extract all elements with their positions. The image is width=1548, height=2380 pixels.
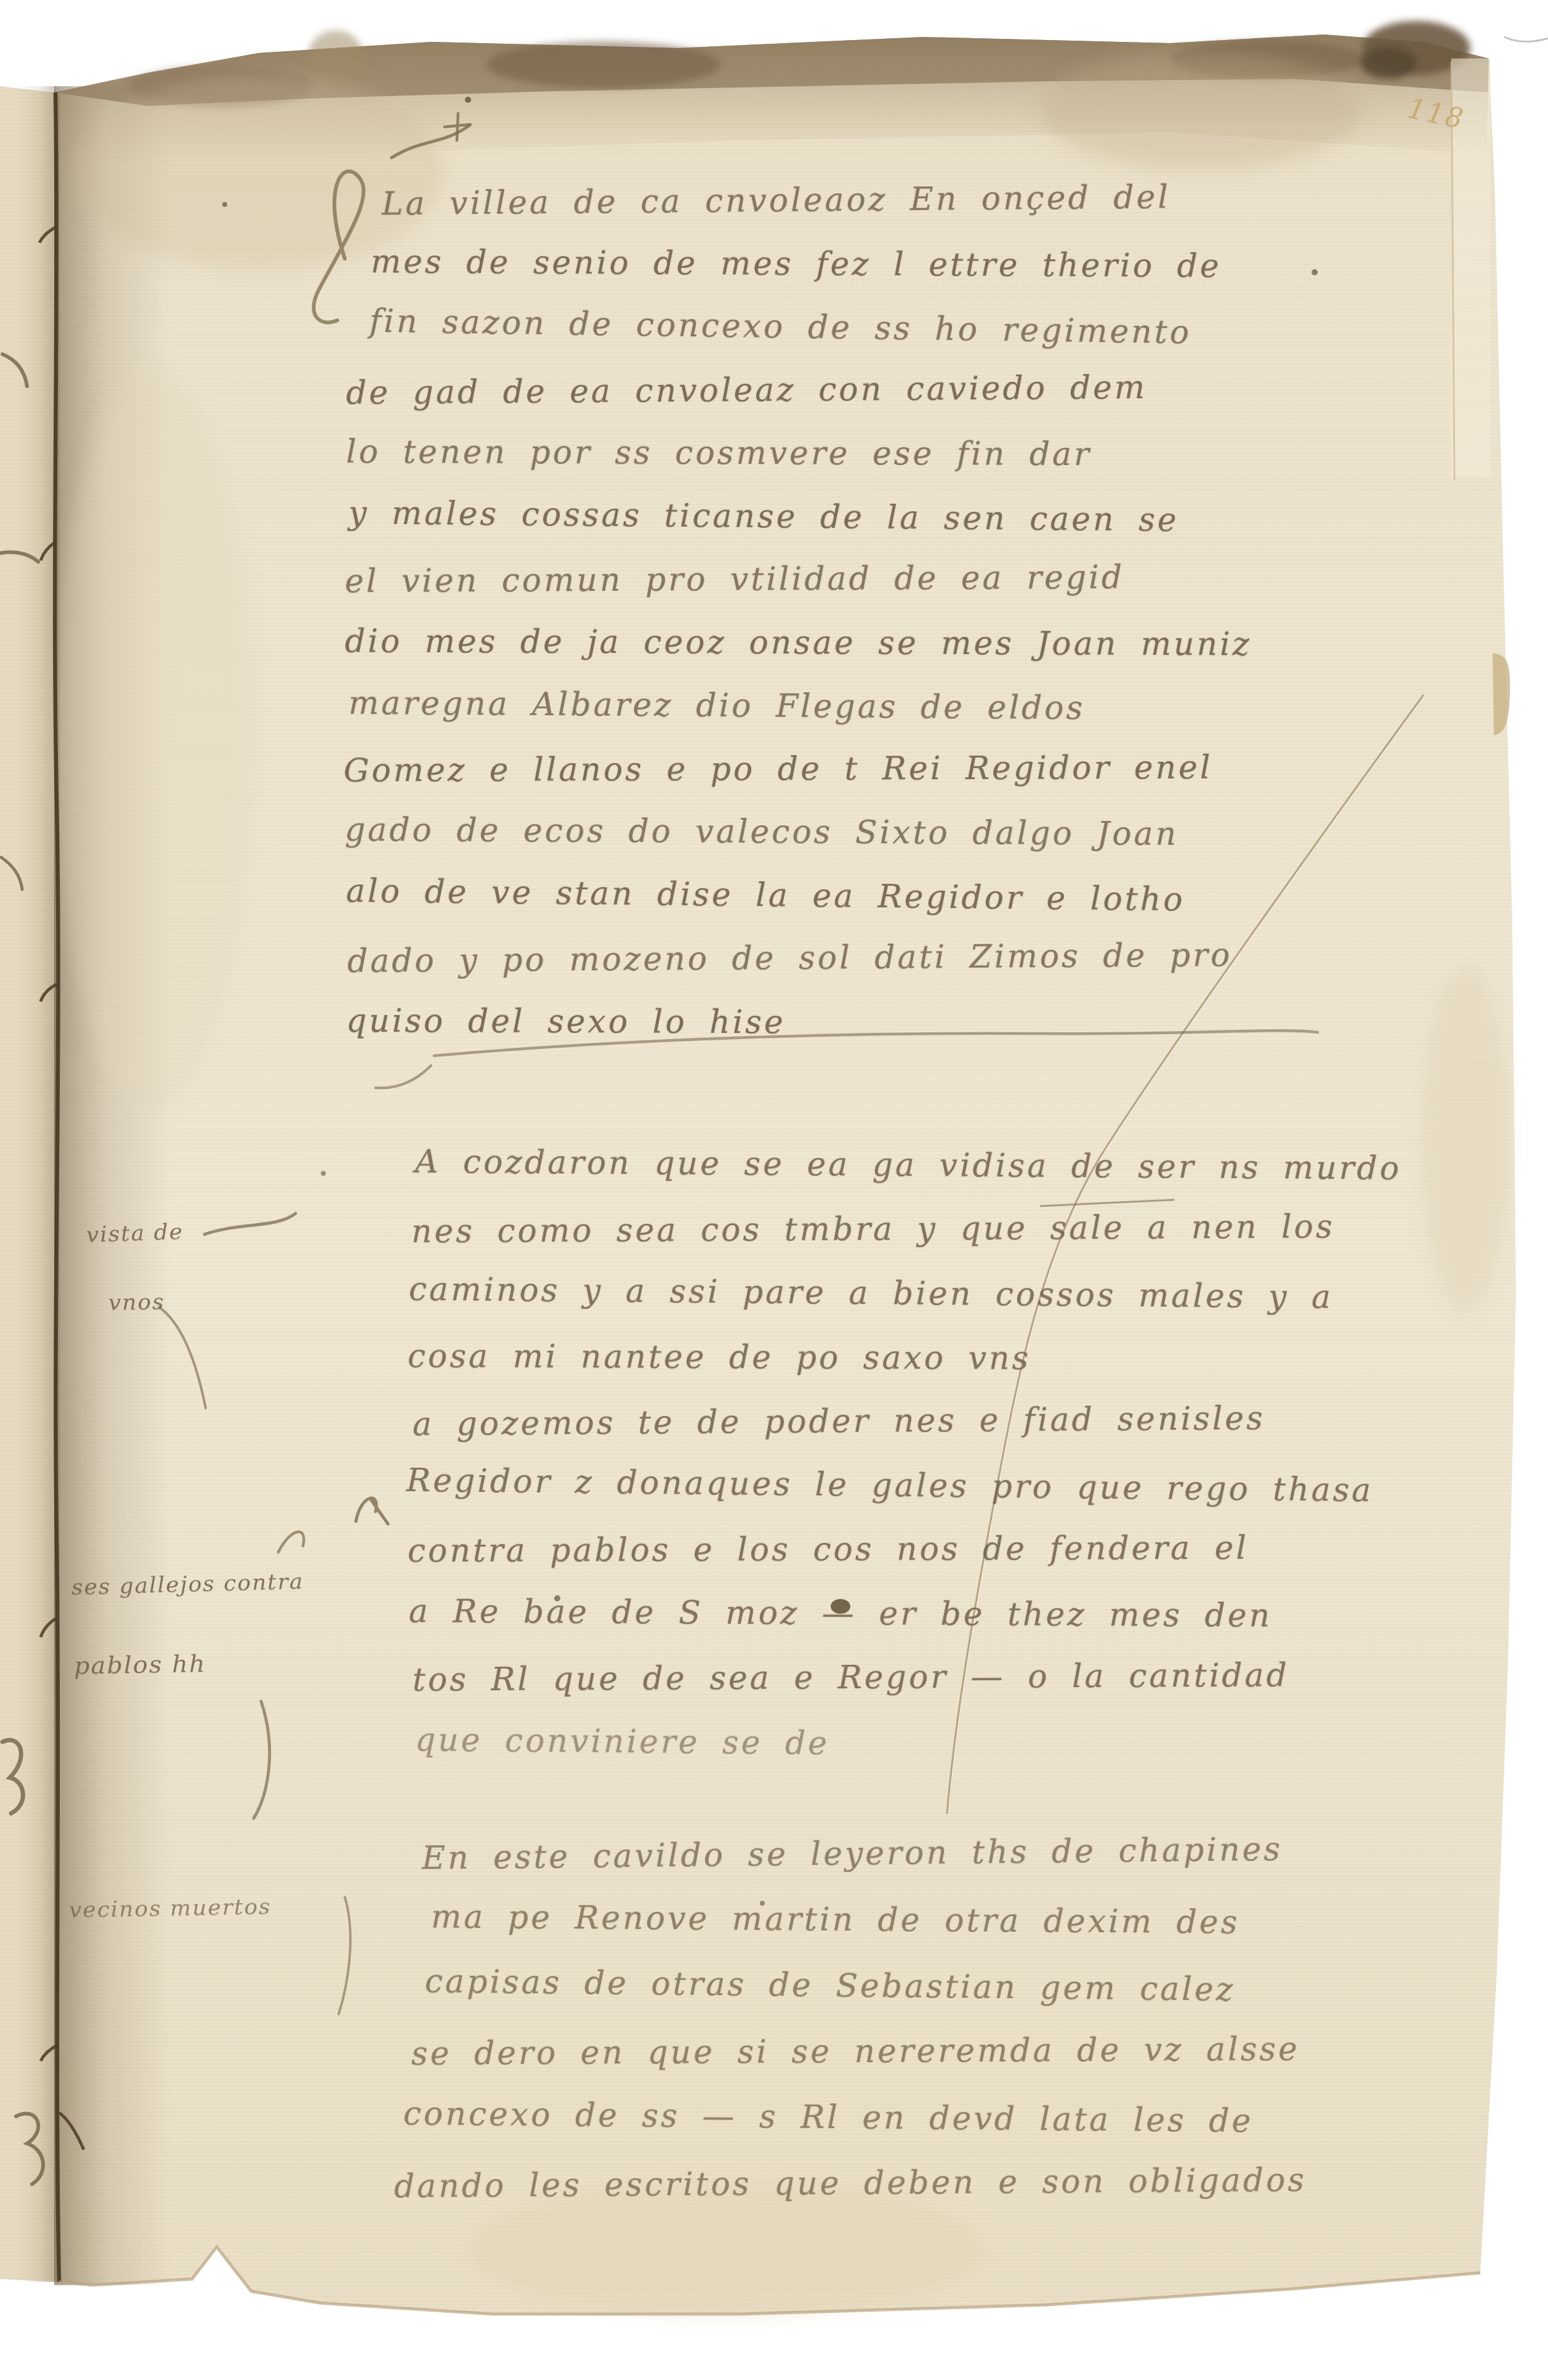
manuscript-text-line: maregna Albarez dio Flegas de eldos: [349, 685, 1086, 727]
manuscript-text-line: de gad de ea cnvoleaz con caviedo dem: [346, 369, 1147, 411]
manuscript-text-line: y males cossas ticanse de la sen caen se: [349, 495, 1179, 539]
manuscript-text-line: La villea de ca cnvoleaoz En onçed del: [382, 179, 1171, 222]
margin-note-1-line-2: vnos: [108, 1289, 165, 1316]
manuscript-text-line: quiso del sexo lo hise: [346, 1002, 786, 1040]
manuscript-text-line: cosa mi nantee de po saxo vns: [408, 1338, 1031, 1377]
manuscript-text-line: A cozdaron que se ea ga vidisa de ser ns…: [415, 1143, 1401, 1187]
manuscript-text-line: a Re bae de S moz — er be thez mes den: [409, 1593, 1272, 1634]
manuscript-text-line: Gomez e llanos e po de t Rei Regidor ene…: [344, 749, 1213, 789]
page-scan-artwork: [0, 0, 1548, 2380]
manuscript-text-line: dado y po mozeno de sol dati Zimos de pr…: [347, 937, 1233, 980]
manuscript-text-line: se dero en que si se nereremda de vz als…: [411, 2031, 1300, 2073]
manuscript-text-line: que conviniere se de: [415, 1722, 830, 1762]
manuscript-text-line: contra pablos e los cos nos de fendera e…: [408, 1530, 1249, 1570]
manuscript-text-line: concexo de ss — s Rl en devd lata les de: [403, 2095, 1254, 2140]
manuscript-text-line: dio mes de ja ceoz onsae se mes Joan mun…: [345, 623, 1252, 663]
manuscript-text-line: tos Rl que de sea e Regor — o la cantida…: [413, 1657, 1289, 1698]
manuscript-text-line: a gozemos te de poder nes e fiad senisle…: [413, 1400, 1265, 1443]
manuscript-text-line: dando les escritos que deben e son oblig…: [394, 2162, 1307, 2205]
margin-note-1-line-1: vista de: [86, 1219, 183, 1247]
manuscript-text-line: ma pe Renove martin de otra dexim des: [431, 1898, 1240, 1941]
manuscript-text-line: nes como sea cos tmbra y que sale a nen …: [411, 1208, 1335, 1250]
margin-note-3-line-1: vecinos muertos: [69, 1894, 272, 1923]
manuscript-text-line: gado de ecos do valecos Sixto dalgo Joan: [345, 811, 1179, 852]
margin-note-2-line-2: pablos hh: [74, 1649, 206, 1680]
manuscript-text-line: el vien comun pro vtilidad de ea regid: [345, 559, 1124, 601]
manuscript-text-line: lo tenen por ss cosmvere ese fin dar: [346, 434, 1092, 473]
manuscript-scan: 118 La villea de ca cnvoleaoz En onçed d…: [0, 0, 1548, 2380]
manuscript-text-line: mes de senio de mes fez l ettre therio d…: [371, 243, 1222, 285]
